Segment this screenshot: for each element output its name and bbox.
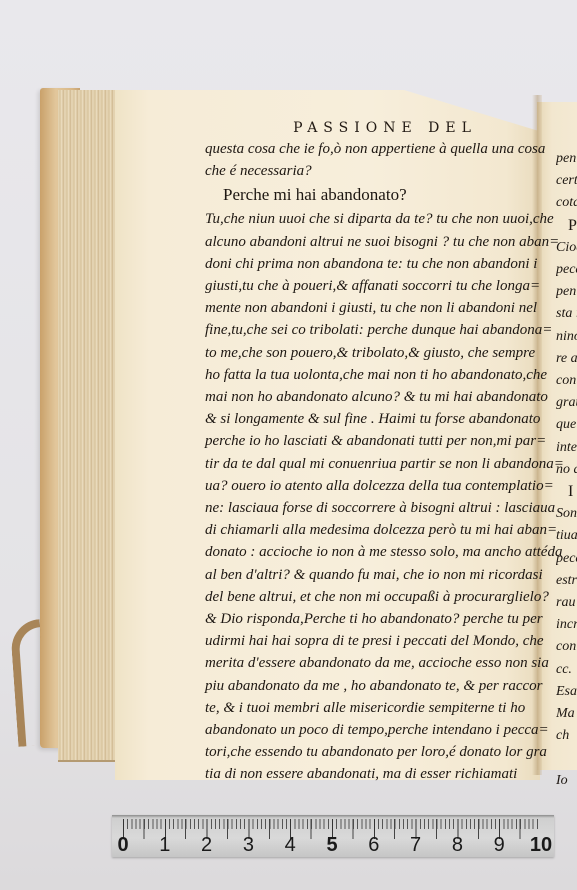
text-line: del bene altrui, et che non mi occupaßi … [205,586,545,608]
text-line: & Dio risponda,Perche ti ho abandonato? … [205,608,545,630]
text-fragment: re ab [556,348,577,370]
ruler-label: 9 [494,834,505,857]
text-fragment [556,747,577,769]
ruler-label: 8 [452,834,463,857]
text-fragment: Son [556,503,577,525]
text-line: tir da te dal qual mi conuenriua partir … [205,453,545,475]
text-fragment: Esa [556,681,577,703]
text-fragment: grat [556,392,577,414]
ruler-label: 7 [410,834,421,857]
text-line: ua? ouero io atento alla dolcezza della … [205,475,545,497]
text-line: donato : accioche io non à me stesso sol… [205,541,545,563]
text-line: ne: lasciaua forse di soccorrere à bisog… [205,497,545,519]
body-paragraph: Tu,che niun uuoi che si diparta da te? t… [205,208,545,785]
ruler-label: 1 [159,834,170,857]
text-line: perche io ho lasciati & abandonati tutti… [205,430,545,452]
text-fragment: cotar [556,192,577,214]
text-line: te, & i tuoi membri alle misericordie se… [205,697,545,719]
text-line: tori,che essendo tu abandonato per loro,… [205,741,545,763]
text-line: Tu,che niun uuoi che si diparta da te? t… [205,208,545,230]
text-fragment: peni [556,148,577,170]
text-fragment: no a [556,459,577,481]
text-fragment: rau [556,592,577,614]
ruler-label: 5 [326,834,337,857]
text-line: & si longamente & sul fine . Haimi tu fo… [205,408,545,430]
ruler-label: 2 [201,834,212,857]
text-fragment: certi [556,170,577,192]
text-line: ho fatta la tua uolonta,che mai non ti h… [205,364,545,386]
text-line: mente non abandoni i giusti, tu che non … [205,297,545,319]
text-fragment: tiua [556,525,577,547]
text-line: di chiamarli alla medesima dolcezza però… [205,519,545,541]
text-line: piu abandonato da me , ho abandonato te,… [205,675,545,697]
text-fragment: quel [556,414,577,436]
right-page-text-fragments: penicerticotarPCiocpeccpenista inninore … [556,148,577,792]
text-fragment: conu [556,370,577,392]
text-fragment: cc. [556,659,577,681]
text-fragment: Ma [556,703,577,725]
text-line: fine,tu,che sei co tribolati: perche dun… [205,319,545,341]
book-photo: PASSIONE DEL questa cosa che ie fo,ò non… [0,0,577,890]
text-line: alcuno abandoni altrui ne suoi bisogni ?… [205,231,545,253]
text-fragment: con [556,636,577,658]
text-line: al ben d'altri? & quando fu mai, che io … [205,564,545,586]
text-line: mai non ho abandonato alcuno? & tu mi ha… [205,386,545,408]
text-fragment: I [556,481,577,503]
text-fragment: peni [556,281,577,303]
ruler-label: 4 [285,834,296,857]
text-line: udirmi hai hai sopra di te presi i pecca… [205,630,545,652]
text-fragment: sta in [556,303,577,325]
ruler-label: 6 [368,834,379,857]
text-fragment: nino [556,326,577,348]
text-fragment: Io [556,770,577,792]
text-line: doni chi prima non abandona te: tu che n… [205,253,545,275]
text-fragment: incr [556,614,577,636]
text-fragment: pecc [556,259,577,281]
text-line: tia di non essere abandonati, ma di esse… [205,763,545,785]
ruler-label: 10 [530,834,552,857]
running-head: PASSIONE DEL [225,120,545,136]
page-edges-stack [58,90,118,762]
text-line: merita d'essere abandonato da me, accioc… [205,652,545,674]
ruler-labels: 012345678910 [112,834,554,856]
text-fragment: P [556,215,577,237]
left-page-text: PASSIONE DEL questa cosa che ie fo,ò non… [205,120,545,786]
ruler-label: 0 [117,834,128,857]
text-fragment: estr [556,570,577,592]
measurement-ruler: 012345678910 [112,815,554,857]
text-line: to me,che son pouero,& tribolato,& giust… [205,342,545,364]
text-line: giusti,tu che à poueri,& affanati soccor… [205,275,545,297]
text-line: abandonato un poco di tempo,perche inten… [205,719,545,741]
ruler-label: 3 [243,834,254,857]
text-line: che é necessaria? [205,160,545,182]
text-line: questa cosa che ie fo,ò non appertiene à… [205,138,545,160]
text-fragment: Cioc [556,237,577,259]
text-fragment: inte [556,437,577,459]
section-heading: Perche mi hai abandonato? [205,182,545,208]
text-fragment: ch [556,725,577,747]
text-fragment: pecc [556,548,577,570]
